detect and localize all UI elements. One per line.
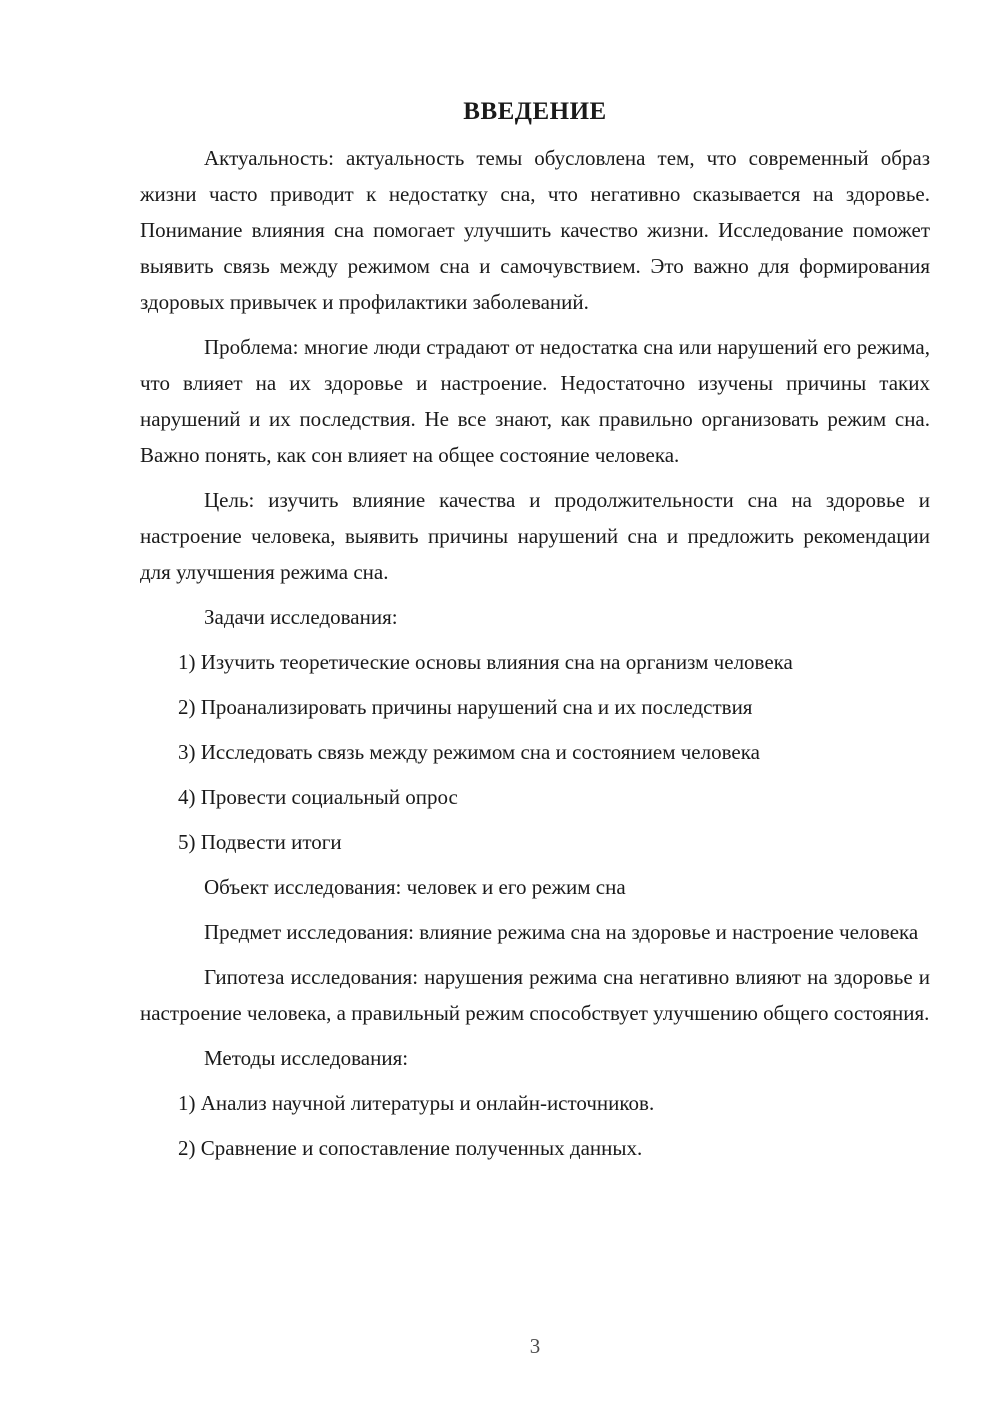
method-item-2: 2) Сравнение и сопоставление полученных …: [140, 1130, 930, 1166]
task-item-3: 3) Исследовать связь между режимом сна и…: [140, 734, 930, 770]
document-page: ВВЕДЕНИЕ Актуальность: актуальность темы…: [0, 0, 1000, 1414]
method-item-1: 1) Анализ научной литературы и онлайн-ис…: [140, 1085, 930, 1121]
paragraph-relevance: Актуальность: актуальность темы обусловл…: [140, 140, 930, 320]
task-item-5: 5) Подвести итоги: [140, 824, 930, 860]
paragraph-goal: Цель: изучить влияние качества и продолж…: [140, 482, 930, 590]
page-title: ВВЕДЕНИЕ: [140, 94, 930, 130]
task-item-1: 1) Изучить теоретические основы влияния …: [140, 644, 930, 680]
page-content: ВВЕДЕНИЕ Актуальность: актуальность темы…: [140, 94, 930, 1175]
methods-heading: Методы исследования:: [140, 1040, 930, 1076]
paragraph-hypothesis: Гипотеза исследования: нарушения режима …: [140, 959, 930, 1031]
task-item-4: 4) Провести социальный опрос: [140, 779, 930, 815]
paragraph-problem: Проблема: многие люди страдают от недост…: [140, 329, 930, 473]
paragraph-object: Объект исследования: человек и его режим…: [140, 869, 930, 905]
task-item-2: 2) Проанализировать причины нарушений сн…: [140, 689, 930, 725]
paragraph-subject: Предмет исследования: влияние режима сна…: [140, 914, 930, 950]
tasks-heading: Задачи исследования:: [140, 599, 930, 635]
page-number: 3: [140, 1328, 930, 1364]
